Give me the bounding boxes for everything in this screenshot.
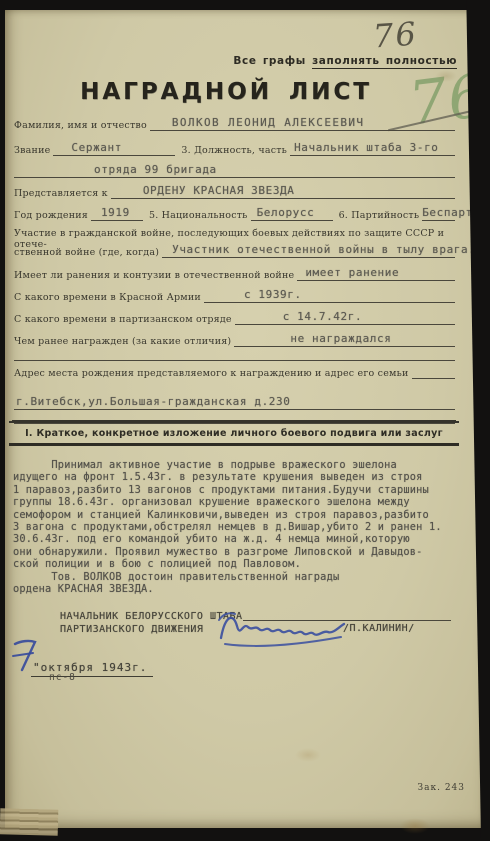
army-value: с 1939г. bbox=[204, 288, 302, 301]
signer-name: /П.КАЛИНИН/ bbox=[343, 623, 415, 634]
citation-line: идущего на фронт 1.5.43г. в результате к… bbox=[13, 471, 459, 483]
citation-line: Принимал активное участие в подрыве враж… bbox=[13, 459, 459, 471]
rank-label: Звание bbox=[14, 145, 53, 156]
field-wounds: Имеет ли ранения и контузии в отечествен… bbox=[14, 261, 455, 281]
citation-line: 3 вагона с продуктами,обстрелял немцев в… bbox=[13, 521, 459, 533]
citation-line: они обнаружили. Проявил мужество в разгр… bbox=[13, 546, 459, 558]
field-birth-nationality-party: Год рождения 1919 5. Национальность Бело… bbox=[14, 201, 455, 221]
citation-line: ской полиции и в бою с полицией под Павл… bbox=[13, 558, 459, 570]
name-label: Фамилия, имя и отчество bbox=[14, 120, 150, 131]
birth-label: Год рождения bbox=[14, 210, 91, 221]
citation-line: группы 18.6.43г. организовал крушение вр… bbox=[13, 496, 459, 508]
field-red-army-since: С какого времени в Красной Армии с 1939г… bbox=[14, 283, 455, 303]
field-address-label-row: Адрес места рождения представляемого к н… bbox=[14, 359, 455, 379]
signature-ink bbox=[213, 604, 351, 656]
award-value: ОРДЕНУ КРАСНАЯ ЗВЕЗДА bbox=[111, 184, 295, 197]
partisan-value: с 14.7.42г. bbox=[235, 310, 362, 323]
citation-line: семофором и станцией Калинковичи,выведен… bbox=[13, 509, 459, 521]
nationality-value: Белорусс bbox=[251, 206, 315, 219]
birth-value: 1919 bbox=[91, 206, 130, 219]
citation-line: 1 паравоз,разбито 13 вагонов с продуктам… bbox=[13, 484, 459, 496]
section1-header: I. Краткое, конкретное изложение личного… bbox=[9, 421, 459, 446]
citation-line: Тов. ВОЛКОВ достоин правительственной на… bbox=[13, 571, 459, 583]
paper-stain bbox=[295, 748, 321, 762]
field-war-participation: ственной войне (где, когда) Участник оте… bbox=[14, 238, 455, 258]
prev-awards-value: не награждался bbox=[234, 332, 391, 345]
citation-line: ордена КРАСНАЯ ЗВЕЗДА. bbox=[13, 583, 459, 595]
stamp-text-part1: Все графы bbox=[233, 55, 305, 67]
pencil-page-number: 76 bbox=[372, 14, 419, 55]
signer-title-line2: ПАРТИЗАНСКОГО ДВИЖЕНИЯ bbox=[60, 624, 203, 635]
war-participation-value: Участник отечественной войны в тылу враг… bbox=[162, 243, 475, 256]
field-rank-position: Звание Сержант 3. Должность, часть Начал… bbox=[14, 136, 455, 156]
field-name: Фамилия, имя и отчество ВОЛКОВ ЛЕОНИД АЛ… bbox=[14, 111, 455, 131]
name-value: ВОЛКОВ ЛЕОНИД АЛЕКСЕЕВИЧ bbox=[150, 116, 365, 129]
document-page: 76 Все графы заполнять полностью НАГРАДН… bbox=[5, 10, 481, 828]
partisan-label: С какого времени в партизанском отряде bbox=[14, 314, 235, 325]
citation-paragraph: Принимал активное участие в подрыве враж… bbox=[13, 459, 459, 595]
rank-value: Сержант bbox=[53, 141, 122, 154]
fill-all-fields-stamp: Все графы заполнять полностью bbox=[233, 55, 457, 67]
position-value2: отряда 99 бригада bbox=[14, 163, 217, 176]
position-value: Начальник штаба 3-го bbox=[290, 141, 438, 154]
field-position-continued: отряда 99 бригада bbox=[14, 158, 455, 178]
army-label: С какого времени в Красной Армии bbox=[14, 292, 204, 303]
form-code: пс-8 bbox=[49, 672, 76, 683]
award-label: Представляется к bbox=[14, 188, 111, 199]
nationality-label: 5. Национальность bbox=[143, 210, 251, 221]
party-label: 6. Партийность bbox=[333, 210, 423, 221]
wounds-label: Имеет ли ранения и контузии в отечествен… bbox=[14, 270, 297, 281]
position-label: 3. Должность, часть bbox=[175, 145, 290, 156]
field-award: Представляется к ОРДЕНУ КРАСНАЯ ЗВЕЗДА bbox=[14, 179, 455, 199]
prev-awards-label: Чем ранее награжден (за какие отличия) bbox=[14, 336, 234, 347]
wounds-value: имеет ранение bbox=[297, 266, 399, 279]
citation-line: 30.6.43г. под его командой убито на ж.д.… bbox=[13, 533, 459, 545]
stacked-pages-edge bbox=[0, 808, 58, 836]
field-partisan-since: С какого времени в партизанском отряде с… bbox=[14, 305, 455, 325]
paper-stain bbox=[400, 818, 430, 834]
address-label: Адрес места рождения представляемого к н… bbox=[14, 368, 412, 379]
print-order-number: Зак. 243 bbox=[418, 783, 466, 793]
field-previous-awards: Чем ранее награжден (за какие отличия) н… bbox=[14, 327, 455, 347]
war-participation-label-line2: ственной войне (где, когда) bbox=[14, 247, 162, 258]
